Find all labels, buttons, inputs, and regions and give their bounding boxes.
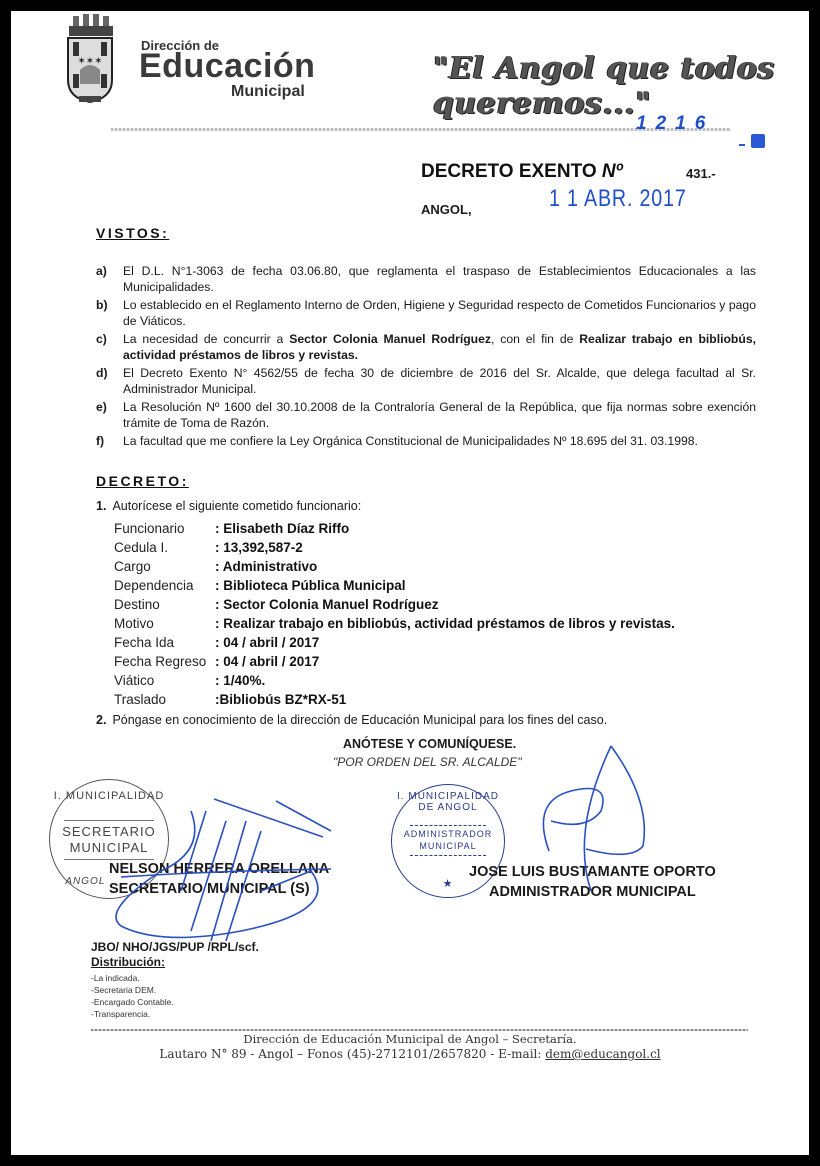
item-marker: b) <box>96 297 108 313</box>
field-label: Viático <box>114 671 215 690</box>
decreto-point-1: 1.Autorícese el siguiente cometido funci… <box>96 499 361 513</box>
decree-title-text: DECRETO EXENTO <box>421 161 597 182</box>
email-link[interactable]: dem@educangol.cl <box>545 1047 660 1061</box>
field-row: Cargo: Administrativo <box>114 557 675 576</box>
document-page: ✶✶✶ Dirección de Educación Municipal "El… <box>11 11 809 1155</box>
item-text: , con el fin de <box>491 332 579 346</box>
vistos-heading: VISTOS: <box>96 225 169 241</box>
distribution-item: -Secretaria DEM. <box>91 984 174 996</box>
field-value: : Realizar trabajo en bibliobús, activid… <box>215 614 675 633</box>
item-text: La facultad que me confiere la Ley Orgán… <box>123 434 698 448</box>
anotese-line: ANÓTESE Y COMUNÍQUESE. <box>343 737 516 751</box>
field-value: : 04 / abril / 2017 <box>215 633 319 652</box>
field-label: Funcionario <box>114 519 215 538</box>
received-stamp-number: 1216 <box>636 113 714 135</box>
initials-line: JBO/ NHO/JGS/PUP /RPL/scf. <box>91 940 259 954</box>
field-value: : 13,392,587-2 <box>215 538 303 557</box>
seal-text-2: MUNICIPAL <box>50 840 168 855</box>
brand-line-2: Educación <box>139 47 315 86</box>
field-row: Cedula I.: 13,392,587-2 <box>114 538 675 557</box>
field-label: Fecha Ida <box>114 633 215 652</box>
motto: "El Angol que todos queremos..." <box>433 51 809 121</box>
decreto-heading: DECRETO: <box>96 473 189 489</box>
signer-title: SECRETARIO MUNICIPAL (S) <box>109 879 329 899</box>
field-label: Cargo <box>114 557 215 576</box>
list-item: b)Lo establecido en el Reglamento Intern… <box>96 297 756 329</box>
distribution-heading: Distribución: <box>91 955 165 969</box>
field-row: Traslado:Bibliobús BZ*RX-51 <box>114 690 675 709</box>
item-marker: e) <box>96 399 107 415</box>
stamp-mark <box>739 144 745 146</box>
item-text: El D.L. N°1-3063 de fecha 03.06.80, que … <box>123 264 756 294</box>
seal-text-1: ADMINISTRADOR <box>392 829 504 839</box>
field-row: Motivo: Realizar trabajo en bibliobús, a… <box>114 614 675 633</box>
field-label: Dependencia <box>114 576 215 595</box>
item-bold-destination: Sector Colonia Manuel Rodríguez <box>289 332 491 346</box>
footer-line-2: Lautaro N° 89 - Angol – Fonos (45)-27121… <box>11 1047 809 1061</box>
field-value: :Bibliobús BZ*RX-51 <box>215 690 346 709</box>
brand-line-3: Municipal <box>231 83 305 101</box>
field-value: : Elisabeth Díaz Riffo <box>215 519 349 538</box>
por-orden-line: "POR ORDEN DEL SR. ALCALDE" <box>333 755 522 769</box>
footer-divider <box>91 1029 748 1031</box>
date-stamp: 1 1 ABR. 2017 <box>549 185 687 213</box>
cometido-details: Funcionario: Elisabeth Díaz RiffoCedula … <box>114 519 675 709</box>
decreto-point-2: 2.Póngase en conocimiento de la direcció… <box>96 713 607 727</box>
signer-name: JOSE LUIS BUSTAMANTE OPORTO <box>469 862 716 882</box>
list-item: d)El Decreto Exento N° 4562/55 de fecha … <box>96 365 756 397</box>
field-value: : Administrativo <box>215 557 317 576</box>
seal-text-2: MUNICIPAL <box>392 841 504 851</box>
field-row: Dependencia: Biblioteca Pública Municipa… <box>114 576 675 595</box>
decree-title: DECRETO EXENTO Nº <box>421 161 623 183</box>
item-marker: f) <box>96 433 104 449</box>
field-value: : Biblioteca Pública Municipal <box>215 576 406 595</box>
footer-address: Lautaro N° 89 - Angol – Fonos (45)-27121… <box>159 1047 545 1061</box>
item-text: El Decreto Exento N° 4562/55 de fecha 30… <box>123 366 756 396</box>
vistos-list: a)El D.L. N°1-3063 de fecha 03.06.80, qu… <box>96 263 756 451</box>
signer-title: ADMINISTRADOR MUNICIPAL <box>469 882 716 902</box>
field-row: Viático: 1/40%. <box>114 671 675 690</box>
decree-number: 431.- <box>686 166 716 181</box>
distribution-list: -La indicada. -Secretaria DEM. -Encargad… <box>91 972 174 1020</box>
list-item: e)La Resolución Nº 1600 del 30.10.2008 d… <box>96 399 756 431</box>
point-marker: 1. <box>96 499 106 513</box>
distribution-item: -La indicada. <box>91 972 174 984</box>
seal-ring-text: I. MUNICIPALIDAD <box>50 790 168 802</box>
field-label: Fecha Regreso <box>114 652 215 671</box>
city: ANGOL, <box>421 202 472 217</box>
field-value: : 1/40%. <box>215 671 265 690</box>
field-row: Funcionario: Elisabeth Díaz Riffo <box>114 519 675 538</box>
field-label: Motivo <box>114 614 215 633</box>
distribution-item: -Transparencia. <box>91 1008 174 1020</box>
field-value: : Sector Colonia Manuel Rodríguez <box>215 595 439 614</box>
point-text: Autorícese el siguiente cometido funcion… <box>112 499 361 513</box>
list-item: c)La necesidad de concurrir a Sector Col… <box>96 331 756 363</box>
signature-block-right: JOSE LUIS BUSTAMANTE OPORTO ADMINISTRADO… <box>469 862 716 902</box>
list-item: a)El D.L. N°1-3063 de fecha 03.06.80, qu… <box>96 263 756 295</box>
field-label: Destino <box>114 595 215 614</box>
list-item: f)La facultad que me confiere la Ley Org… <box>96 433 756 449</box>
field-row: Fecha Ida: 04 / abril / 2017 <box>114 633 675 652</box>
footer-line-1: Dirección de Educación Municipal de Ango… <box>11 1032 809 1046</box>
item-marker: a) <box>96 263 107 279</box>
item-marker: d) <box>96 365 108 381</box>
item-text: Lo establecido en el Reglamento Interno … <box>123 298 756 328</box>
point-marker: 2. <box>96 713 106 727</box>
number-symbol: Nº <box>602 161 623 182</box>
item-marker: c) <box>96 331 107 347</box>
point-text: Póngase en conocimiento de la dirección … <box>112 713 607 727</box>
field-value: : 04 / abril / 2017 <box>215 652 319 671</box>
municipal-coat-of-arms-icon: ✶✶✶ <box>65 14 115 106</box>
seal-text-1: SECRETARIO <box>50 824 168 839</box>
field-label: Cedula I. <box>114 538 215 557</box>
item-text: La necesidad de concurrir a <box>123 332 289 346</box>
signer-name: NELSON HERRERA ORELLANA <box>109 859 329 879</box>
field-row: Destino: Sector Colonia Manuel Rodríguez <box>114 595 675 614</box>
distribution-item: -Encargado Contable. <box>91 996 174 1008</box>
stamp-icon <box>751 134 765 148</box>
signature-block-left: NELSON HERRERA ORELLANA SECRETARIO MUNIC… <box>109 859 329 899</box>
field-label: Traslado <box>114 690 215 709</box>
item-text: La Resolución Nº 1600 del 30.10.2008 de … <box>123 400 756 430</box>
seal-ring-text: I. MUNICIPALIDAD DE ANGOL <box>392 791 504 813</box>
field-row: Fecha Regreso: 04 / abril / 2017 <box>114 652 675 671</box>
